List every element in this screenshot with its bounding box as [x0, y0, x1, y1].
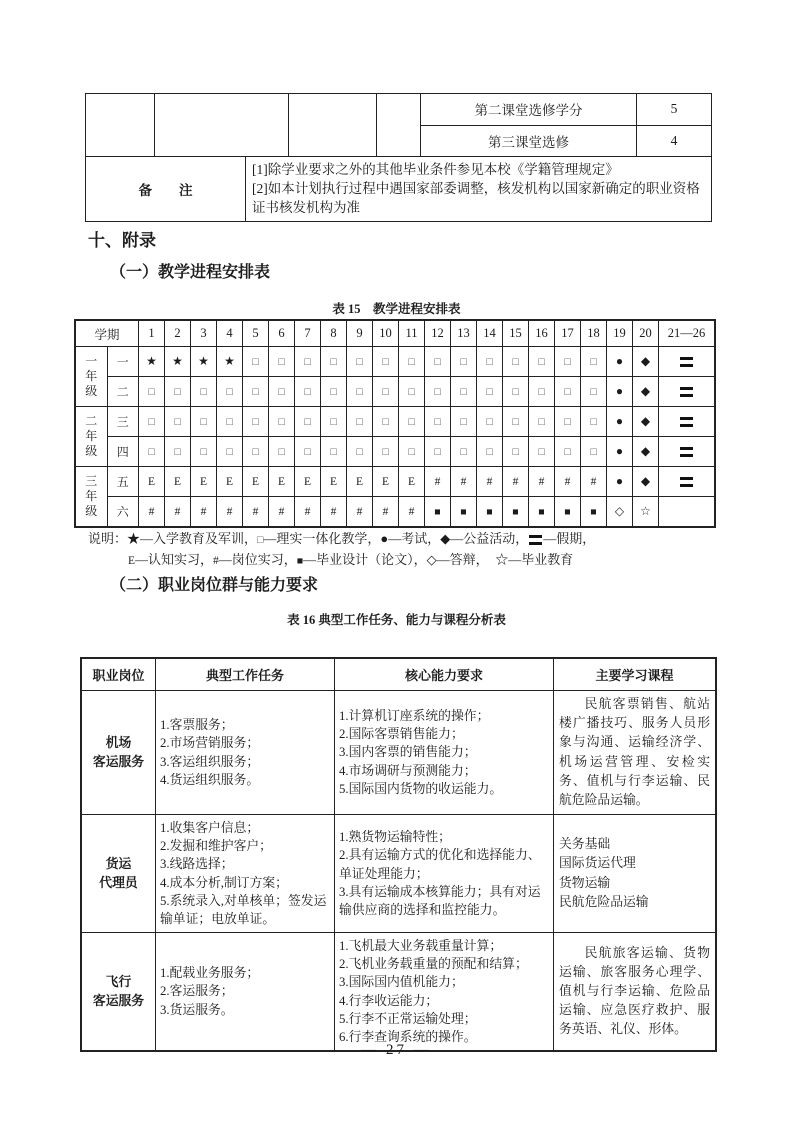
schedule-cell: □: [347, 377, 373, 407]
schedule-cell: □: [269, 437, 295, 467]
schedule-cell: □: [503, 407, 529, 437]
post-practice-mark: #: [331, 506, 337, 518]
post-practice-mark: #: [487, 476, 493, 488]
cognition-practice-mark: E: [128, 555, 135, 567]
schedule-cell: □: [243, 347, 269, 377]
appendix-heading: 十、附录: [88, 226, 156, 251]
filled-square-icon: ■: [434, 507, 440, 518]
open-square-icon: □: [434, 417, 440, 428]
open-square-icon: □: [200, 387, 206, 398]
semester-column-header: 7: [295, 321, 321, 347]
schedule-cell: □: [503, 347, 529, 377]
semester-column-header: 13: [451, 321, 477, 347]
schedule-cell: □: [295, 437, 321, 467]
semester-label: 四: [107, 437, 139, 467]
schedule-cell: □: [373, 407, 399, 437]
schedule-cell: [659, 437, 715, 467]
schedule-cell: □: [269, 347, 295, 377]
analysis-column-header: 主要学习课程: [554, 659, 716, 691]
open-square-icon: □: [252, 387, 258, 398]
schedule-cell: #: [321, 497, 347, 527]
open-square-icon: □: [330, 387, 336, 398]
legend-text: —答辩，: [437, 552, 496, 567]
schedule-cell: □: [555, 377, 581, 407]
open-square-icon: □: [200, 417, 206, 428]
schedule-cell: □: [399, 347, 425, 377]
schedule-cell: □: [399, 407, 425, 437]
filled-circle-icon: ●: [616, 384, 623, 398]
remark-line: [2]如本计划执行过程中遇国家部委调整，核发机构以国家新确定的职业资格证书核发机…: [252, 179, 705, 217]
credit-label-column: 第二课堂选修学分 第三课堂选修: [421, 94, 637, 156]
schedule-cell: E: [295, 467, 321, 497]
semester-column-header: 12: [425, 321, 451, 347]
open-square-icon: □: [304, 357, 310, 368]
semester-column-header: 5: [243, 321, 269, 347]
semester-column-header: 10: [373, 321, 399, 347]
schedule-cell: □: [243, 377, 269, 407]
open-square-icon: □: [564, 387, 570, 398]
credit-label: 第二课堂选修学分: [421, 94, 636, 126]
semester-column-header: 11: [399, 321, 425, 347]
filled-star-icon: ★: [198, 354, 209, 368]
legend-prefix: 说明：: [88, 531, 127, 546]
semester-column-header: 16: [529, 321, 555, 347]
semester-column-header: 18: [581, 321, 607, 347]
semester-column-header: 19: [607, 321, 633, 347]
schedule-cell: ●: [607, 407, 633, 437]
schedule-cell: □: [555, 347, 581, 377]
open-square-icon: □: [382, 417, 388, 428]
semester-column-header: 8: [321, 321, 347, 347]
schedule-cell: □: [295, 347, 321, 377]
schedule-cell: □: [243, 407, 269, 437]
schedule-cell: □: [165, 407, 191, 437]
schedule-header: 学期123456789101112131415161718192021—26: [76, 321, 715, 347]
open-square-icon: □: [486, 387, 492, 398]
open-square-icon: □: [564, 447, 570, 458]
schedule-cell: #: [451, 467, 477, 497]
schedule-cell: #: [217, 497, 243, 527]
core-abilities-cell: 1.熟货物运输特性；2.具有运输方式的优化和选择能力、单证处理能力；3.具有运输…: [335, 815, 554, 933]
subsection2-heading: （二）职业岗位群与能力要求: [110, 572, 318, 595]
cognition-practice-mark: E: [200, 476, 207, 488]
schedule-cell: ■: [529, 497, 555, 527]
legend-text: —岗位实习，: [219, 552, 297, 567]
schedule-cell: □: [425, 437, 451, 467]
schedule-cell: E: [191, 467, 217, 497]
open-square-icon: □: [460, 357, 466, 368]
open-square-icon: □: [174, 447, 180, 458]
table16-caption: 表 16 典型工作任务、能力与课程分析表: [0, 610, 793, 628]
schedule-cell: □: [373, 437, 399, 467]
post-practice-mark: #: [539, 476, 545, 488]
open-square-icon: □: [278, 387, 284, 398]
filled-square-icon: ■: [564, 507, 570, 518]
schedule-row: 三年级五EEEEEEEEEEE#######●◆: [76, 467, 715, 497]
filled-diamond-icon: ◆: [641, 354, 650, 368]
open-square-icon: □: [460, 447, 466, 458]
holiday-doublebar-icon: [529, 535, 542, 545]
open-square-icon: □: [356, 387, 362, 398]
year-label: 三年级: [76, 467, 108, 527]
semester-column-header: 1: [139, 321, 165, 347]
schedule-cell: [659, 467, 715, 497]
filled-square-icon: ■: [590, 507, 596, 518]
open-square-icon: □: [226, 417, 232, 428]
semester-label: 五: [107, 467, 139, 497]
schedule-row: 一年级一★★★★□□□□□□□□□□□□□□●◆: [76, 347, 715, 377]
schedule-cell: #: [425, 467, 451, 497]
open-star-icon: ☆: [640, 504, 651, 518]
schedule-row: 二年级三□□□□□□□□□□□□□□□□□□●◆: [76, 407, 715, 437]
post-practice-mark: #: [357, 506, 363, 518]
schedule-cell: □: [139, 377, 165, 407]
legend-text: —毕业设计（论文），: [303, 552, 427, 567]
open-square-icon: □: [174, 387, 180, 398]
post-practice-mark: #: [565, 476, 571, 488]
holiday-doublebar-icon: [680, 417, 693, 427]
open-square-icon: □: [590, 447, 596, 458]
open-star-icon: ☆: [495, 552, 508, 567]
empty-cell: [289, 94, 377, 156]
schedule-body: 一年级一★★★★□□□□□□□□□□□□□□●◆二□□□□□□□□□□□□□□□…: [76, 347, 715, 527]
open-square-icon: □: [174, 417, 180, 428]
open-square-icon: □: [252, 447, 258, 458]
semester-column-header: 6: [269, 321, 295, 347]
remark-label: 备 注: [86, 157, 246, 221]
remark-body: [1]除学业要求之外的其他毕业条件参见本校《学籍管理规定》 [2]如本计划执行过…: [246, 157, 711, 221]
schedule-cell: ●: [607, 467, 633, 497]
schedule-cell: □: [451, 407, 477, 437]
schedule-cell: □: [191, 437, 217, 467]
semester-column-header: 2: [165, 321, 191, 347]
schedule-cell: □: [295, 377, 321, 407]
semester-column-header: 9: [347, 321, 373, 347]
schedule-cell: □: [139, 437, 165, 467]
open-square-icon: □: [356, 417, 362, 428]
open-square-icon: □: [330, 447, 336, 458]
cognition-practice-mark: E: [252, 476, 259, 488]
schedule-cell: □: [425, 377, 451, 407]
credit-value: 5: [637, 94, 711, 126]
holiday-doublebar-icon: [680, 357, 693, 367]
semester-label: 一: [107, 347, 139, 377]
schedule-cell: □: [347, 407, 373, 437]
open-square-icon: □: [408, 357, 414, 368]
credit-value: 4: [637, 126, 711, 157]
semester-column-header: 20: [633, 321, 659, 347]
post-practice-mark: #: [513, 476, 519, 488]
typical-tasks-cell: 1.客票服务；2.市场营销服务；3.客运组织服务；4.货运组织服务。: [156, 691, 335, 815]
open-square-icon: □: [148, 417, 154, 428]
holiday-doublebar-icon: [680, 387, 693, 397]
semester-corner-label: 学期: [76, 321, 139, 347]
job-post-cell: 机场客运服务: [82, 691, 156, 815]
schedule-cell: □: [503, 437, 529, 467]
open-square-icon: □: [512, 417, 518, 428]
page-number: — 27 —: [0, 1042, 793, 1059]
main-courses-cell: 民航客票销售、航站楼广播技巧、服务人员形象与沟通、运输经济学、机场运营管理、安检…: [554, 691, 716, 815]
post-practice-mark: #: [201, 506, 207, 518]
schedule-cell: □: [139, 407, 165, 437]
schedule-cell: □: [191, 377, 217, 407]
legend-line-2: E—认知实习，#—岗位实习，■—毕业设计（论文），◇—答辩， ☆—毕业教育: [88, 550, 718, 571]
schedule-cell: #: [477, 467, 503, 497]
open-square-icon: □: [278, 447, 284, 458]
post-practice-mark: #: [435, 476, 441, 488]
schedule-cell: □: [243, 437, 269, 467]
schedule-cell: [659, 497, 715, 527]
schedule-cell: ●: [607, 347, 633, 377]
credits-remark-table: 第二课堂选修学分 第三课堂选修 5 4 备 注 [1]除学业要求之外的其他毕业条…: [85, 93, 712, 222]
open-square-icon: □: [408, 417, 414, 428]
cognition-practice-mark: E: [278, 476, 285, 488]
post-practice-mark: #: [227, 506, 233, 518]
post-practice-mark: #: [253, 506, 259, 518]
filled-star-icon: ★: [224, 354, 235, 368]
schedule-cell: □: [191, 407, 217, 437]
schedule-cell: □: [269, 407, 295, 437]
schedule-cell: □: [425, 347, 451, 377]
analysis-column-header: 职业岗位: [82, 659, 156, 691]
schedule-cell: □: [529, 377, 555, 407]
schedule-cell: [659, 347, 715, 377]
year-label: 一年级: [76, 347, 108, 407]
open-square-icon: □: [512, 447, 518, 458]
schedule-cell: □: [399, 377, 425, 407]
schedule-cell: □: [477, 377, 503, 407]
schedule-cell: ◆: [633, 467, 659, 497]
post-practice-mark: #: [305, 506, 311, 518]
open-square-icon: □: [564, 417, 570, 428]
open-diamond-icon: ◇: [427, 552, 437, 567]
semester-label: 三: [107, 407, 139, 437]
schedule-cell: ★: [139, 347, 165, 377]
filled-square-icon: ■: [460, 507, 466, 518]
legend-text: —认知实习，: [135, 552, 213, 567]
credits-upper-rows: 第二课堂选修学分 第三课堂选修 5 4: [85, 93, 712, 157]
open-square-icon: □: [460, 417, 466, 428]
remark-line: [1]除学业要求之外的其他毕业条件参见本校《学籍管理规定》: [252, 160, 705, 179]
schedule-cell: □: [321, 377, 347, 407]
semester-column-header: 21—26: [659, 321, 715, 347]
schedule-cell: □: [217, 437, 243, 467]
analysis-header: 职业岗位典型工作任务核心能力要求主要学习课程: [82, 659, 716, 691]
schedule-cell: □: [503, 377, 529, 407]
schedule-cell: [659, 407, 715, 437]
schedule-cell: □: [295, 407, 321, 437]
schedule-cell: □: [347, 437, 373, 467]
document-page: 第二课堂选修学分 第三课堂选修 5 4 备 注 [1]除学业要求之外的其他毕业条…: [0, 0, 793, 1122]
schedule-cell: ★: [165, 347, 191, 377]
open-square-icon: □: [278, 357, 284, 368]
post-practice-mark: #: [409, 506, 415, 518]
legend-text: —理实一体化教学，: [263, 531, 380, 546]
schedule-cell: ■: [503, 497, 529, 527]
open-square-icon: □: [434, 447, 440, 458]
holiday-doublebar-icon: [680, 477, 693, 487]
analysis-body: 机场客运服务1.客票服务；2.市场营销服务；3.客运组织服务；4.货运组织服务。…: [82, 691, 716, 1051]
schedule-cell: □: [477, 407, 503, 437]
schedule-cell: #: [295, 497, 321, 527]
schedule-cell: □: [451, 347, 477, 377]
open-square-icon: □: [590, 417, 596, 428]
open-square-icon: □: [252, 417, 258, 428]
schedule-row: 二□□□□□□□□□□□□□□□□□□●◆: [76, 377, 715, 407]
schedule-cell: #: [529, 467, 555, 497]
schedule-cell: E: [269, 467, 295, 497]
schedule-cell: ◇: [607, 497, 633, 527]
schedule-cell: ●: [607, 437, 633, 467]
typical-tasks-cell: 1.配载业务服务；2.客运服务；3.货运服务。: [156, 933, 335, 1051]
schedule-table: 学期123456789101112131415161718192021—26 一…: [75, 320, 715, 527]
open-square-icon: □: [382, 357, 388, 368]
open-square-icon: □: [408, 447, 414, 458]
main-courses-cell: 民航旅客运输、货物运输、旅客服务心理学、值机与行李运输、危险品运输、应急医疗救护…: [554, 933, 716, 1051]
schedule-cell: #: [399, 497, 425, 527]
open-square-icon: □: [486, 447, 492, 458]
schedule-cell: □: [451, 437, 477, 467]
open-square-icon: □: [512, 387, 518, 398]
schedule-cell: □: [529, 437, 555, 467]
legend-line-1: 说明：★—入学教育及军训，□—理实一体化教学，●—考试，◆—公益活动，—假期，: [88, 529, 718, 550]
schedule-cell: □: [451, 377, 477, 407]
filled-diamond-icon: ◆: [641, 384, 650, 398]
open-square-icon: □: [564, 357, 570, 368]
cognition-practice-mark: E: [382, 476, 389, 488]
schedule-cell: ★: [217, 347, 243, 377]
open-square-icon: □: [252, 357, 258, 368]
schedule-cell: E: [217, 467, 243, 497]
filled-star-icon: ★: [127, 531, 140, 546]
typical-tasks-cell: 1.收集客户信息；2.发掘和维护客户；3.线路选择；4.成本分析,制订方案；5.…: [156, 815, 335, 933]
open-square-icon: □: [304, 387, 310, 398]
open-square-icon: □: [148, 387, 154, 398]
open-square-icon: □: [330, 357, 336, 368]
filled-square-icon: ■: [538, 507, 544, 518]
open-square-icon: □: [486, 417, 492, 428]
post-practice-mark: #: [149, 506, 155, 518]
open-diamond-icon: ◇: [615, 504, 624, 518]
schedule-cell: ★: [191, 347, 217, 377]
open-square-icon: □: [382, 387, 388, 398]
semester-label: 二: [107, 377, 139, 407]
schedule-cell: ■: [581, 497, 607, 527]
schedule-cell: □: [165, 437, 191, 467]
schedule-cell: □: [477, 347, 503, 377]
post-practice-mark: #: [591, 476, 597, 488]
open-square-icon: □: [590, 357, 596, 368]
open-square-icon: □: [356, 447, 362, 458]
filled-star-icon: ★: [146, 354, 157, 368]
schedule-cell: E: [321, 467, 347, 497]
open-square-icon: □: [538, 417, 544, 428]
cognition-practice-mark: E: [148, 476, 155, 488]
schedule-cell: E: [373, 467, 399, 497]
schedule-cell: #: [269, 497, 295, 527]
schedule-cell: ■: [555, 497, 581, 527]
analysis-column-header: 典型工作任务: [156, 659, 335, 691]
semester-column-header: 15: [503, 321, 529, 347]
schedule-cell: □: [399, 437, 425, 467]
job-post-cell: 飞行客运服务: [82, 933, 156, 1051]
open-square-icon: □: [486, 357, 492, 368]
post-practice-mark: #: [461, 476, 467, 488]
legend-text: —公益活动，: [450, 531, 528, 546]
open-square-icon: □: [538, 357, 544, 368]
core-abilities-cell: 1.计算机订座系统的操作；2.国际客票销售能力；3.国内客票的销售能力；4.市场…: [335, 691, 554, 815]
cognition-practice-mark: E: [330, 476, 337, 488]
schedule-cell: □: [373, 347, 399, 377]
open-square-icon: □: [590, 387, 596, 398]
filled-circle-icon: ●: [616, 414, 623, 428]
schedule-cell: □: [581, 407, 607, 437]
schedule-cell: □: [373, 377, 399, 407]
schedule-cell: □: [555, 437, 581, 467]
schedule-cell: □: [217, 377, 243, 407]
schedule-cell: ●: [607, 377, 633, 407]
filled-diamond-icon: ◆: [641, 414, 650, 428]
schedule-cell: #: [243, 497, 269, 527]
semester-label: 六: [107, 497, 139, 527]
cognition-practice-mark: E: [356, 476, 363, 488]
schedule-cell: □: [347, 347, 373, 377]
open-square-icon: □: [408, 387, 414, 398]
analysis-row: 机场客运服务1.客票服务；2.市场营销服务；3.客运组织服务；4.货运组织服务。…: [82, 691, 716, 815]
open-square-icon: □: [512, 357, 518, 368]
analysis-row: 飞行客运服务1.配载业务服务；2.客运服务；3.货运服务。1.飞机最大业务载重量…: [82, 933, 716, 1051]
schedule-row: 四□□□□□□□□□□□□□□□□□□●◆: [76, 437, 715, 467]
semester-column-header: 17: [555, 321, 581, 347]
open-square-icon: □: [226, 387, 232, 398]
empty-cell: [377, 94, 421, 156]
legend-text: —毕业教育: [508, 552, 573, 567]
open-square-icon: □: [278, 417, 284, 428]
schedule-cell: E: [139, 467, 165, 497]
schedule-cell: #: [555, 467, 581, 497]
holiday-doublebar-icon: [680, 447, 693, 457]
schedule-cell: ■: [425, 497, 451, 527]
schedule-cell: □: [529, 407, 555, 437]
open-square-icon: □: [226, 447, 232, 458]
filled-circle-icon: ●: [616, 354, 623, 368]
schedule-cell: □: [321, 347, 347, 377]
schedule-row: 六###########■■■■■■■◇☆: [76, 497, 715, 527]
post-practice-mark: #: [383, 506, 389, 518]
table15-caption: 表 15 教学进程安排表: [0, 299, 793, 317]
schedule-cell: ■: [451, 497, 477, 527]
schedule-cell: #: [581, 467, 607, 497]
legend-text: —假期，: [543, 531, 595, 546]
analysis-column-header: 核心能力要求: [335, 659, 554, 691]
filled-diamond-icon: ◆: [440, 531, 450, 546]
analysis-row: 货运代理员1.收集客户信息；2.发掘和维护客户；3.线路选择；4.成本分析,制订…: [82, 815, 716, 933]
schedule-cell: #: [139, 497, 165, 527]
schedule-cell: □: [321, 407, 347, 437]
cognition-practice-mark: E: [304, 476, 311, 488]
schedule-cell: □: [477, 437, 503, 467]
schedule-cell: □: [555, 407, 581, 437]
semester-column-header: 14: [477, 321, 503, 347]
filled-circle-icon: ●: [616, 444, 623, 458]
open-square-icon: □: [434, 357, 440, 368]
open-square-icon: □: [304, 447, 310, 458]
schedule-cell: E: [399, 467, 425, 497]
open-square-icon: □: [382, 447, 388, 458]
schedule-cell: #: [165, 497, 191, 527]
schedule-cell: □: [269, 377, 295, 407]
schedule-cell: ■: [477, 497, 503, 527]
